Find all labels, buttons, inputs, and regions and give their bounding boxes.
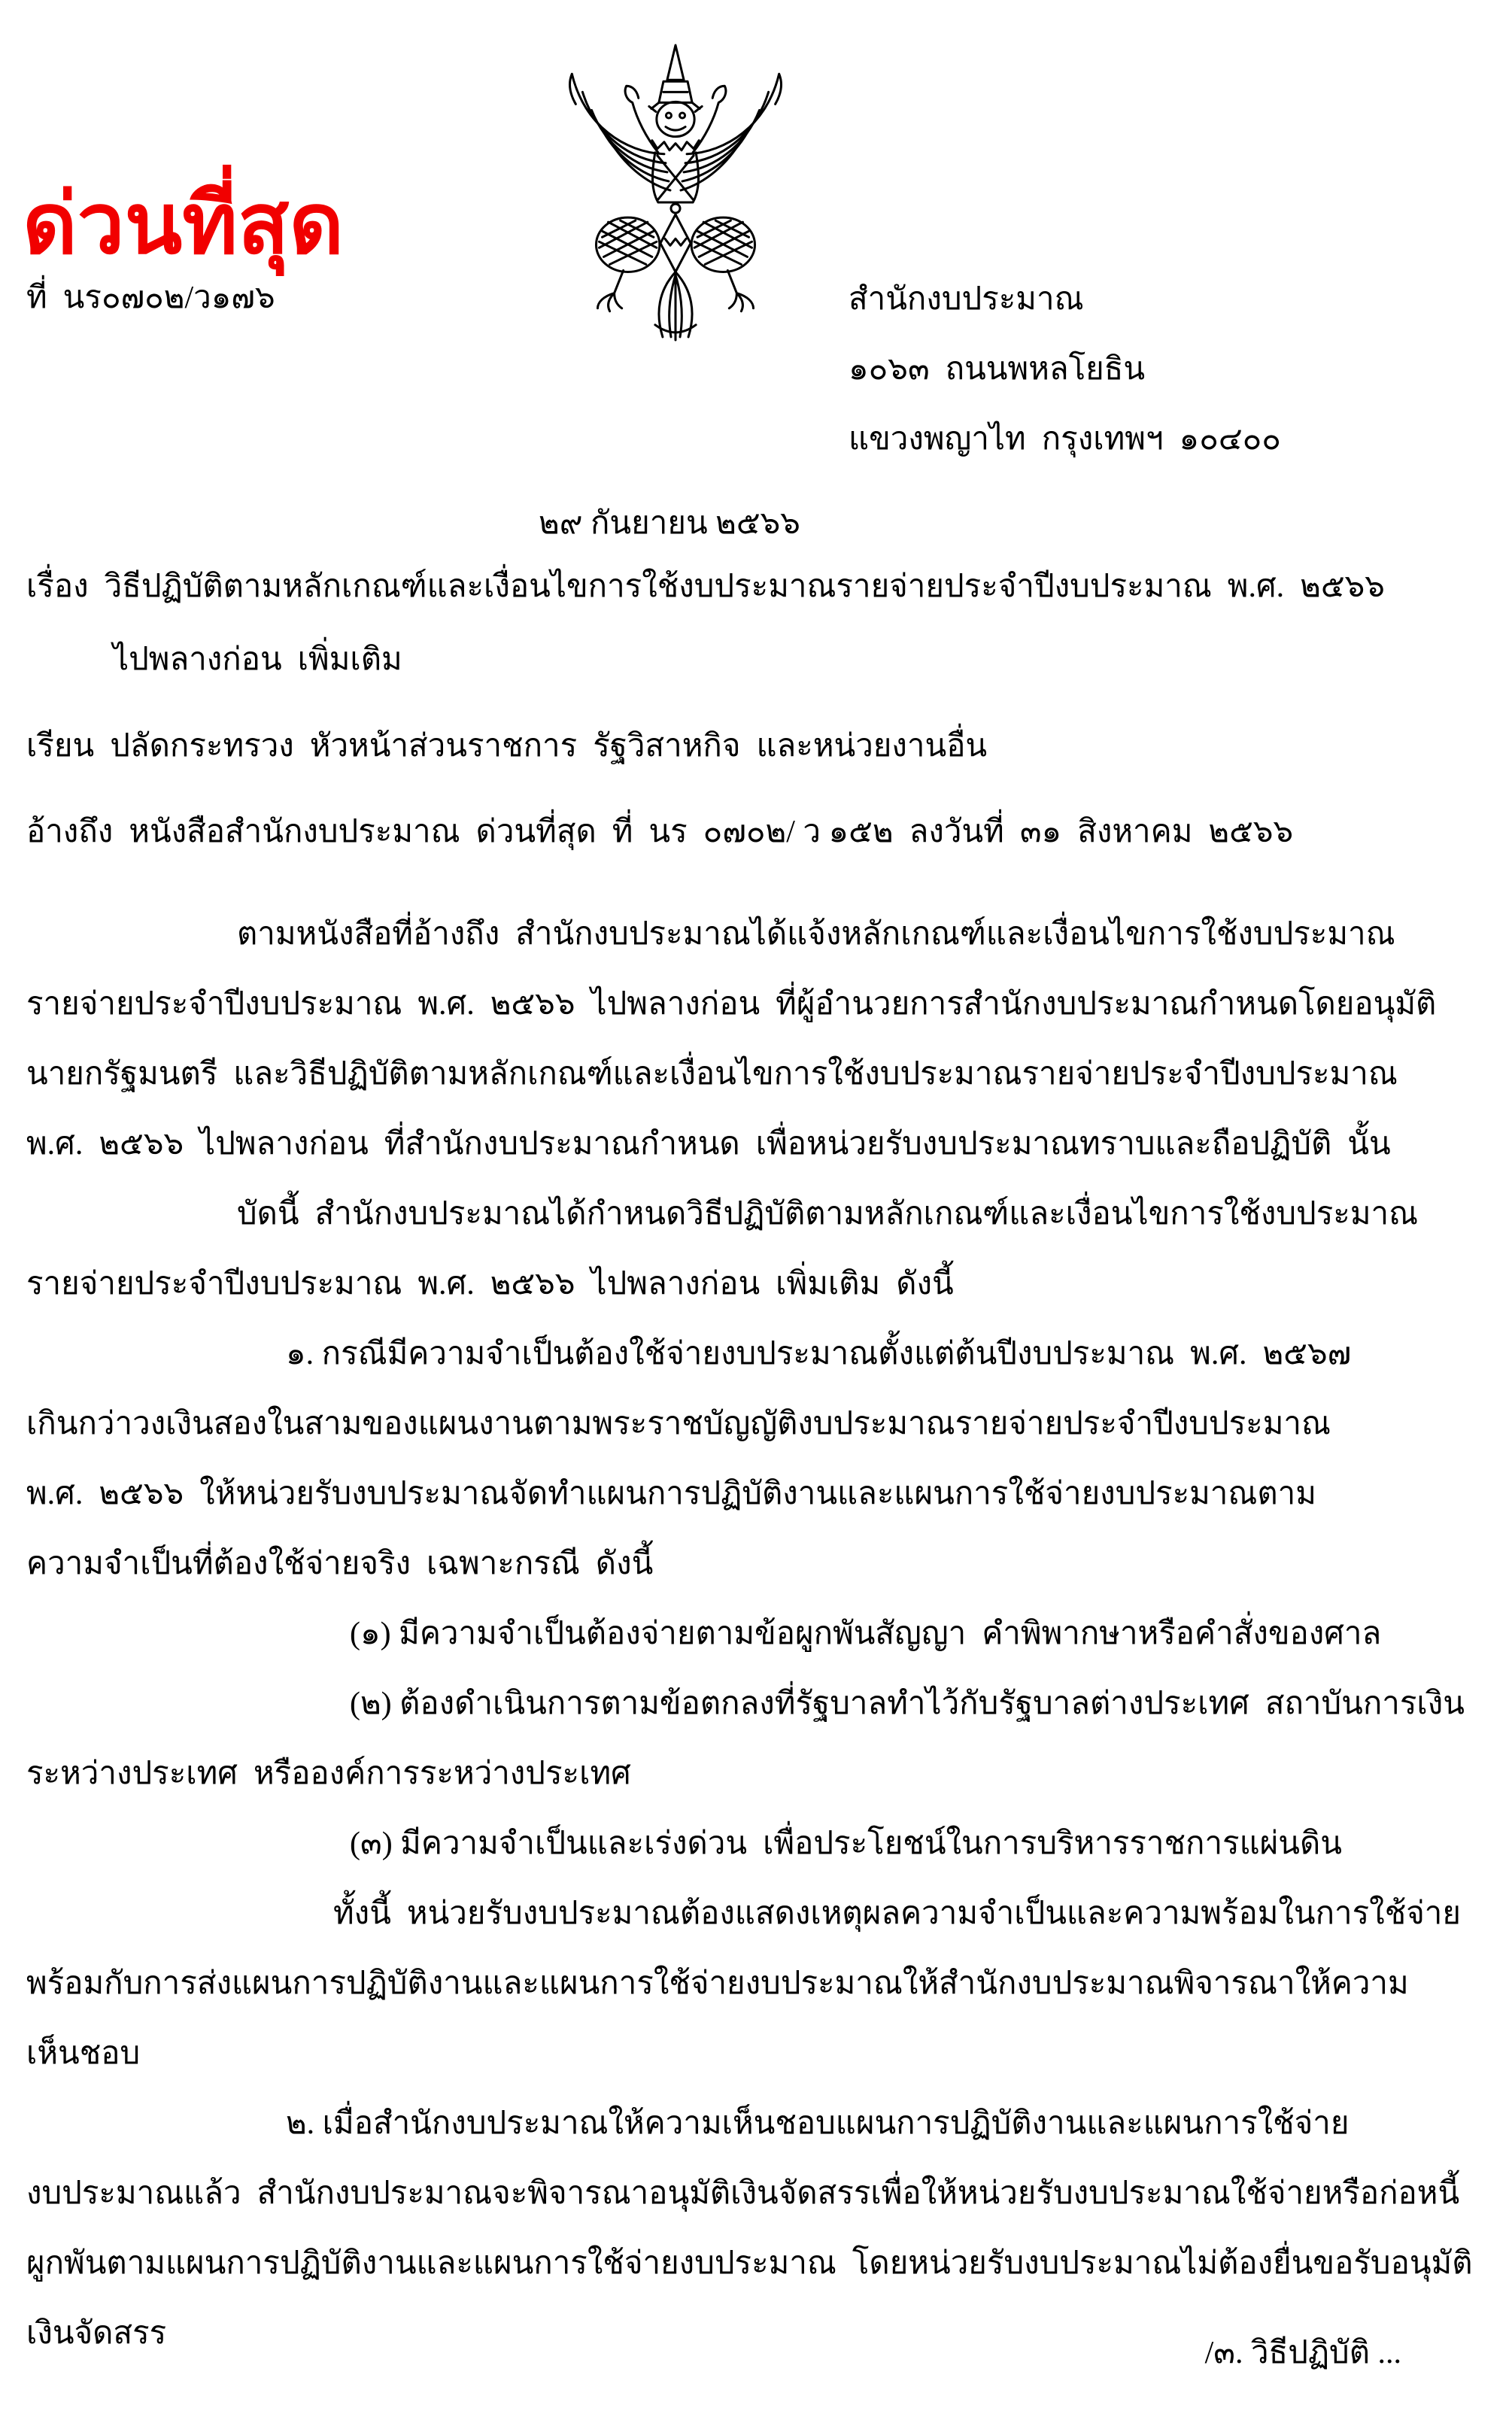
official-letter-page: ด่วนที่สุด ที่ นร๐๗๐๒/ว๑๗๖ [0, 0, 1512, 2414]
body-line: ตามหนังสือที่อ้างถึง สำนักงบประมาณได้แจ้… [26, 900, 1489, 970]
body-line: ผูกพันตามแผนการปฏิบัติงานและแผนการใช้จ่า… [26, 2229, 1489, 2299]
body-line-item-1: ๑. กรณีมีความจำเป็นต้องใช้จ่ายงบประมาณตั… [26, 1319, 1489, 1389]
letter-body: ตามหนังสือที่อ้างถึง สำนักงบประมาณได้แจ้… [26, 900, 1489, 2369]
body-line-item-2: ๒. เมื่อสำนักงบประมาณให้ความเห็นชอบแผนกา… [26, 2089, 1489, 2159]
sender-agency: สำนักงบประมาณ [849, 265, 1281, 335]
body-line-subitem-3: (๓) มีความจำเป็นและเร่งด่วน เพื่อประโยชน… [26, 1809, 1489, 1879]
continuation-note: /๓. วิธีปฏิบัติ ... [1205, 2332, 1401, 2374]
body-line: ระหว่างประเทศ หรือองค์การระหว่างประเทศ [26, 1739, 1489, 1809]
letter-date: ๒๙ กันยายน ๒๕๖๖ [0, 498, 1339, 548]
reference-number: ที่ นร๐๗๐๒/ว๑๗๖ [26, 277, 275, 319]
urgency-stamp: ด่วนที่สุด [23, 179, 344, 272]
body-line: บัดนี้ สำนักงบประมาณได้กำหนดวิธีปฏิบัติต… [26, 1180, 1489, 1250]
body-line: นายกรัฐมนตรี และวิธีปฏิบัติตามหลักเกณฑ์แ… [26, 1040, 1489, 1110]
body-line: เห็นชอบ [26, 2019, 1489, 2089]
body-line: ทั้งนี้ หน่วยรับงบประมาณต้องแสดงเหตุผลคว… [26, 1879, 1489, 1949]
body-line: งบประมาณแล้ว สำนักงบประมาณจะพิจารณาอนุมั… [26, 2159, 1489, 2229]
body-line: พ.ศ. ๒๕๖๖ ไปพลางก่อน ที่สำนักงบประมาณกำห… [26, 1110, 1489, 1180]
body-line: เกินกว่าวงเงินสองในสามของแผนงานตามพระราช… [26, 1389, 1489, 1459]
body-line: พ.ศ. ๒๕๖๖ ให้หน่วยรับงบประมาณจัดทำแผนการ… [26, 1459, 1489, 1529]
garuda-emblem-icon [558, 39, 793, 349]
sender-street: ๑๐๖๓ ถนนพหลโยธิน [849, 335, 1281, 405]
sender-district: แขวงพญาไท กรุงเทพฯ ๑๐๔๐๐ [849, 405, 1281, 475]
body-line: รายจ่ายประจำปีงบประมาณ พ.ศ. ๒๕๖๖ ไปพลางก… [26, 1250, 1489, 1319]
subject-line-2: ไปพลางก่อน เพิ่มเติม [113, 639, 402, 681]
body-line: รายจ่ายประจำปีงบประมาณ พ.ศ. ๒๕๖๖ ไปพลางก… [26, 970, 1489, 1040]
salutation-line: เรียน ปลัดกระทรวง หัวหน้าส่วนราชการ รัฐว… [26, 725, 987, 767]
sender-address-block: สำนักงบประมาณ ๑๐๖๓ ถนนพหลโยธิน แขวงพญาไท… [849, 265, 1281, 475]
body-line: พร้อมกับการส่งแผนการปฏิบัติงานและแผนการใ… [26, 1949, 1489, 2019]
subject-line-1: เรื่อง วิธีปฏิบัติตามหลักเกณฑ์และเงื่อนไ… [26, 566, 1385, 608]
body-line: ความจำเป็นที่ต้องใช้จ่ายจริง เฉพาะกรณี ด… [26, 1529, 1489, 1599]
body-line-subitem-2: (๒) ต้องดำเนินการตามข้อตกลงที่รัฐบาลทำไว… [26, 1669, 1489, 1739]
reference-line: อ้างถึง หนังสือสำนักงบประมาณ ด่วนที่สุด … [26, 811, 1293, 853]
body-line-subitem-1: (๑) มีความจำเป็นต้องจ่ายตามข้อผูกพันสัญญ… [26, 1599, 1489, 1669]
